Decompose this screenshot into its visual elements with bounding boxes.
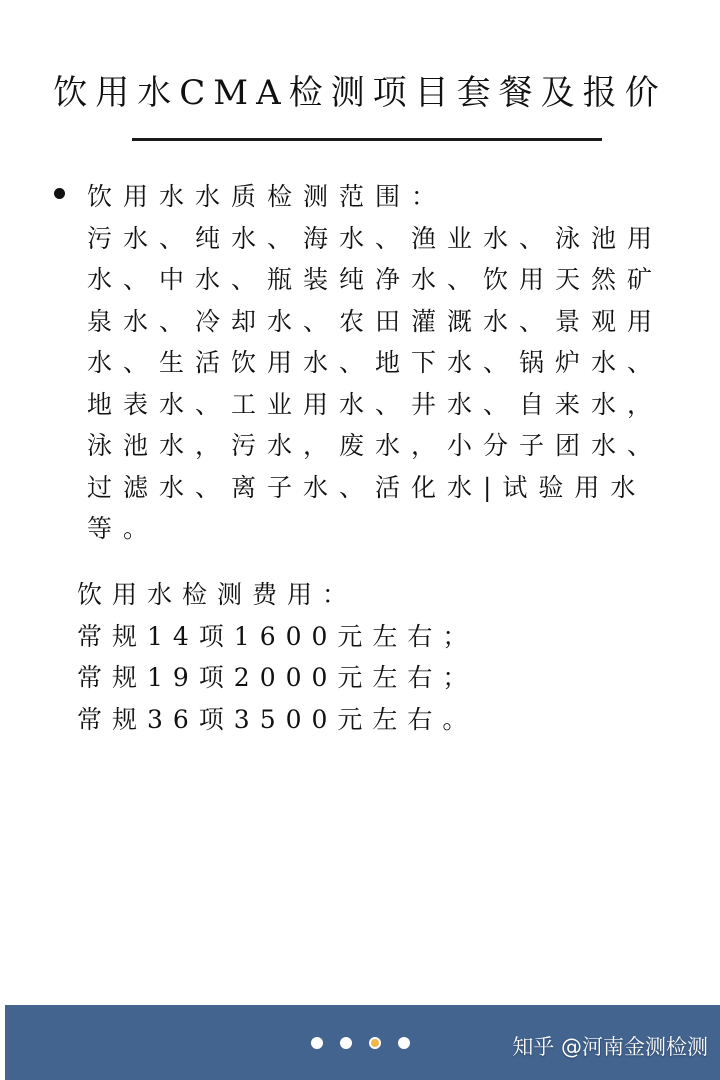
testing-scope-heading: 饮用水水质检测范围： <box>87 176 677 218</box>
pagination-dot-3-active[interactable] <box>369 1037 381 1049</box>
page-title: 饮用水CMA检测项目套餐及报价 <box>0 70 720 116</box>
cost-item: 常规36项3500元左右。 <box>77 699 577 741</box>
title-divider <box>132 138 602 141</box>
cost-item: 常规14项1600元左右； <box>77 616 577 658</box>
testing-cost-section: 饮用水检测费用： 常规14项1600元左右； 常规19项2000元左右； 常规3… <box>77 574 577 740</box>
testing-scope-body: 污水、纯水、海水、渔业水、泳池用水、中水、瓶装纯净水、饮用天然矿泉水、冷却水、农… <box>87 218 677 550</box>
pagination-dot-4[interactable] <box>398 1037 410 1049</box>
pagination-dots <box>311 1037 410 1049</box>
watermark: 知乎 @河南金测检测 <box>512 1031 708 1061</box>
footer-bar: 知乎 @河南金测检测 <box>5 1005 720 1080</box>
cost-item: 常规19项2000元左右； <box>77 657 577 699</box>
testing-scope-text: 饮用水水质检测范围： 污水、纯水、海水、渔业水、泳池用水、中水、瓶装纯净水、饮用… <box>87 176 677 550</box>
testing-cost-heading: 饮用水检测费用： <box>77 574 577 616</box>
pagination-dot-1[interactable] <box>311 1037 323 1049</box>
pagination-dot-2[interactable] <box>340 1037 352 1049</box>
bullet-icon <box>54 188 65 199</box>
